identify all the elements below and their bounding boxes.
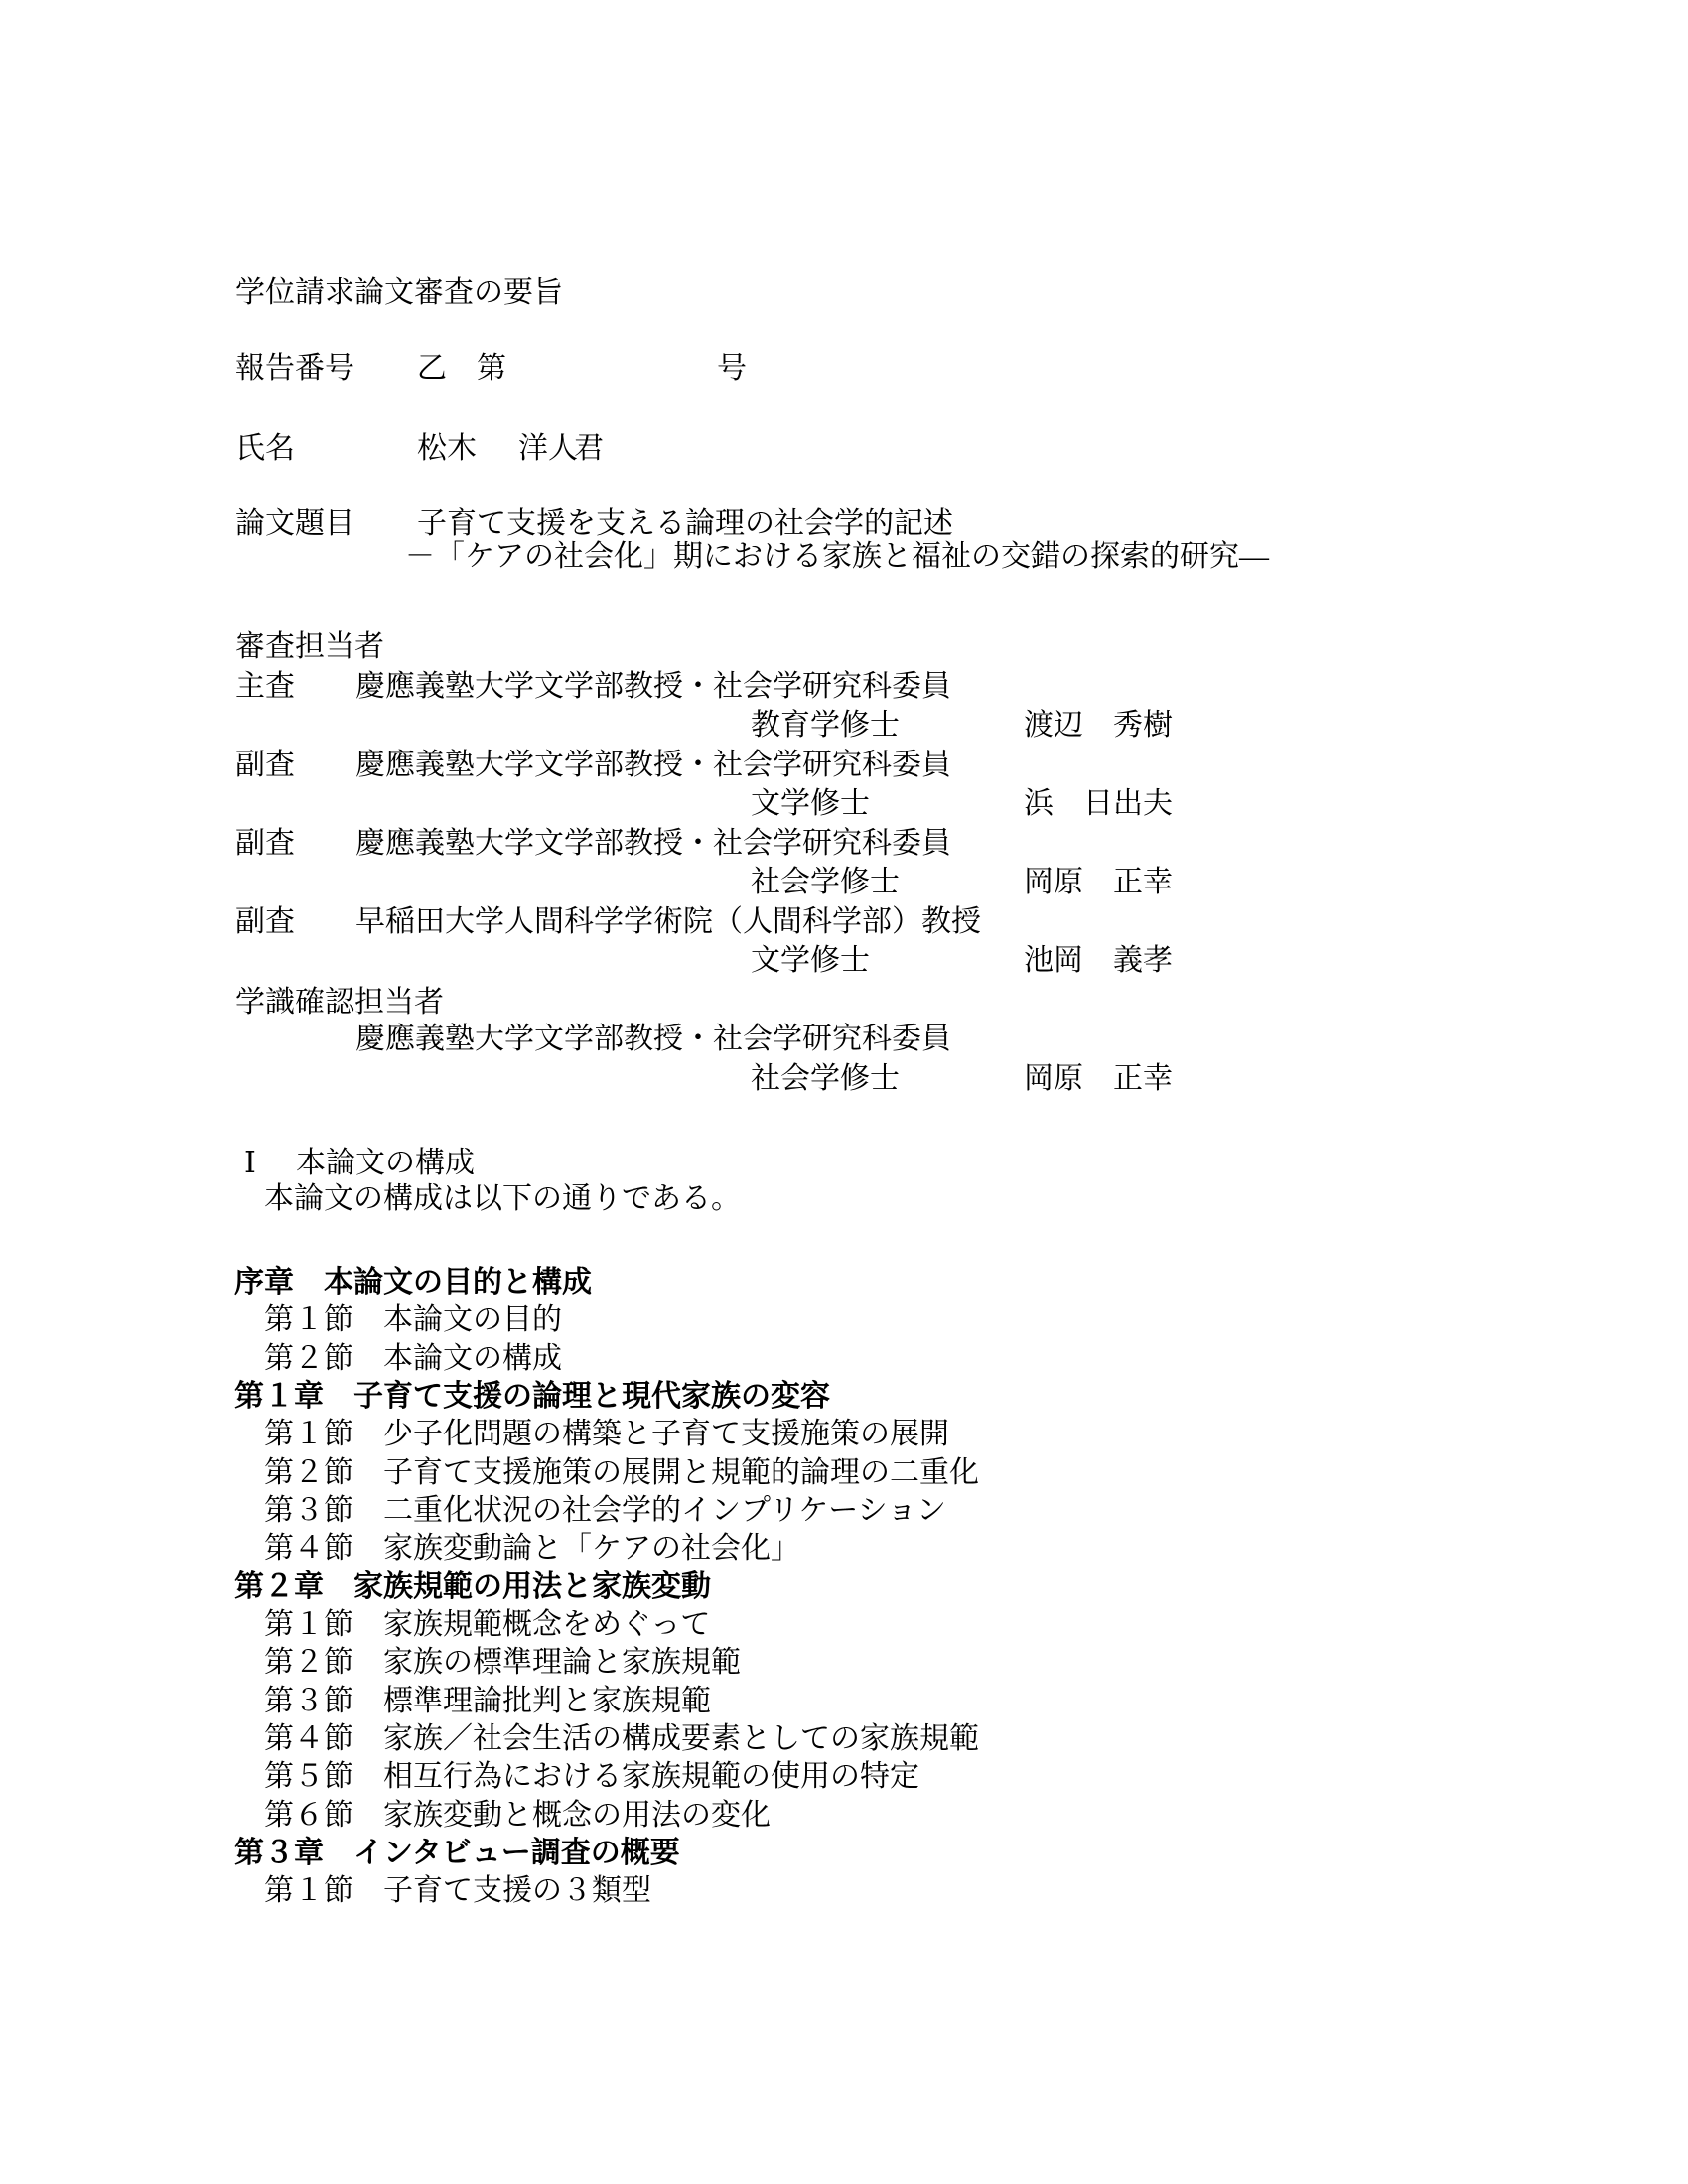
examiner-name: 池岡 義孝 xyxy=(1024,941,1173,981)
toc-section: 第４節 家族変動論と「ケアの社会化」 xyxy=(264,1529,800,1569)
report-number-suffix: 号 xyxy=(717,349,747,389)
report-number-label: 報告番号 xyxy=(235,349,354,389)
toc-section: 第２節 家族の標準理論と家族規範 xyxy=(264,1643,741,1683)
toc-chapter: 第３章 インタビュー調査の概要 xyxy=(234,1834,680,1873)
toc-section: 第１節 本論文の目的 xyxy=(264,1300,562,1340)
section-numeral: Ⅰ xyxy=(244,1144,256,1183)
toc-section: 第１節 家族規範概念をめぐって xyxy=(264,1605,710,1645)
examiner-affiliation: 慶應義塾大学文学部教授・社会学研究科委員 xyxy=(355,667,951,707)
examiner-name: 浜 日出夫 xyxy=(1024,784,1173,824)
name-label: 氏名 xyxy=(235,429,295,469)
thesis-title-subtitle: －「ケアの社会化」期における家族と福祉の交錯の探索的研究― xyxy=(405,537,1269,577)
toc-chapter: 第１章 子育て支援の論理と現代家族の変容 xyxy=(234,1377,830,1417)
section-title: 本論文の構成 xyxy=(296,1144,475,1183)
report-number-dai: 第 xyxy=(477,349,506,389)
name-honorific: 君 xyxy=(574,429,604,469)
examiner-role: 副査 xyxy=(235,824,295,864)
report-number-prefix: 乙 xyxy=(417,349,447,389)
name-given: 洋人 xyxy=(518,429,578,469)
knowledge-confirmation-label: 学識確認担当者 xyxy=(235,983,444,1023)
examiner-affiliation: 慶應義塾大学文学部教授・社会学研究科委員 xyxy=(355,824,951,864)
examiner-degree: 社会学修士 xyxy=(751,863,900,902)
toc-section: 第５節 相互行為における家族規範の使用の特定 xyxy=(264,1757,919,1797)
section-intro: 本論文の構成は以下の通りである。 xyxy=(264,1179,741,1219)
toc-section: 第２節 子育て支援施策の展開と規範的論理の二重化 xyxy=(264,1453,979,1493)
examiner-degree: 文学修士 xyxy=(751,784,870,824)
name-family: 松木 xyxy=(417,429,477,469)
toc-chapter: 第２章 家族規範の用法と家族変動 xyxy=(234,1568,711,1607)
document-heading: 学位請求論文審査の要旨 xyxy=(235,273,563,313)
examiner-role: 副査 xyxy=(235,902,295,942)
examiner-name: 岡原 正幸 xyxy=(1024,863,1173,902)
examiner-name: 渡辺 秀樹 xyxy=(1024,706,1173,746)
examiner-degree: 教育学修士 xyxy=(751,706,900,746)
toc-section: 第１節 少子化問題の構築と子育て支援施策の展開 xyxy=(264,1415,949,1454)
toc-section: 第４節 家族／社会生活の構成要素としての家族規範 xyxy=(264,1719,979,1759)
thesis-title-label: 論文題目 xyxy=(235,504,354,544)
examiner-affiliation: 慶應義塾大学文学部教授・社会学研究科委員 xyxy=(355,746,951,785)
knowledge-confirmation-degree: 社会学修士 xyxy=(751,1059,900,1099)
examiner-affiliation: 早稲田大学人間科学学術院（人間科学部）教授 xyxy=(355,902,981,942)
examiners-label: 審査担当者 xyxy=(235,627,384,667)
examiner-role: 主査 xyxy=(235,667,295,707)
knowledge-confirmation-affiliation: 慶應義塾大学文学部教授・社会学研究科委員 xyxy=(355,1020,951,1059)
toc-section: 第３節 二重化状況の社会学的インプリケーション xyxy=(264,1491,946,1531)
toc-section: 第６節 家族変動と概念の用法の変化 xyxy=(264,1796,771,1836)
examiner-role: 副査 xyxy=(235,746,295,785)
toc-chapter: 序章 本論文の目的と構成 xyxy=(234,1263,592,1302)
examiner-degree: 文学修士 xyxy=(751,941,870,981)
knowledge-confirmation-name: 岡原 正幸 xyxy=(1024,1059,1173,1099)
toc-section: 第３節 標準理論批判と家族規範 xyxy=(264,1682,711,1721)
toc-section: 第１節 子育て支援の３類型 xyxy=(264,1871,651,1911)
toc-section: 第２節 本論文の構成 xyxy=(264,1339,562,1379)
